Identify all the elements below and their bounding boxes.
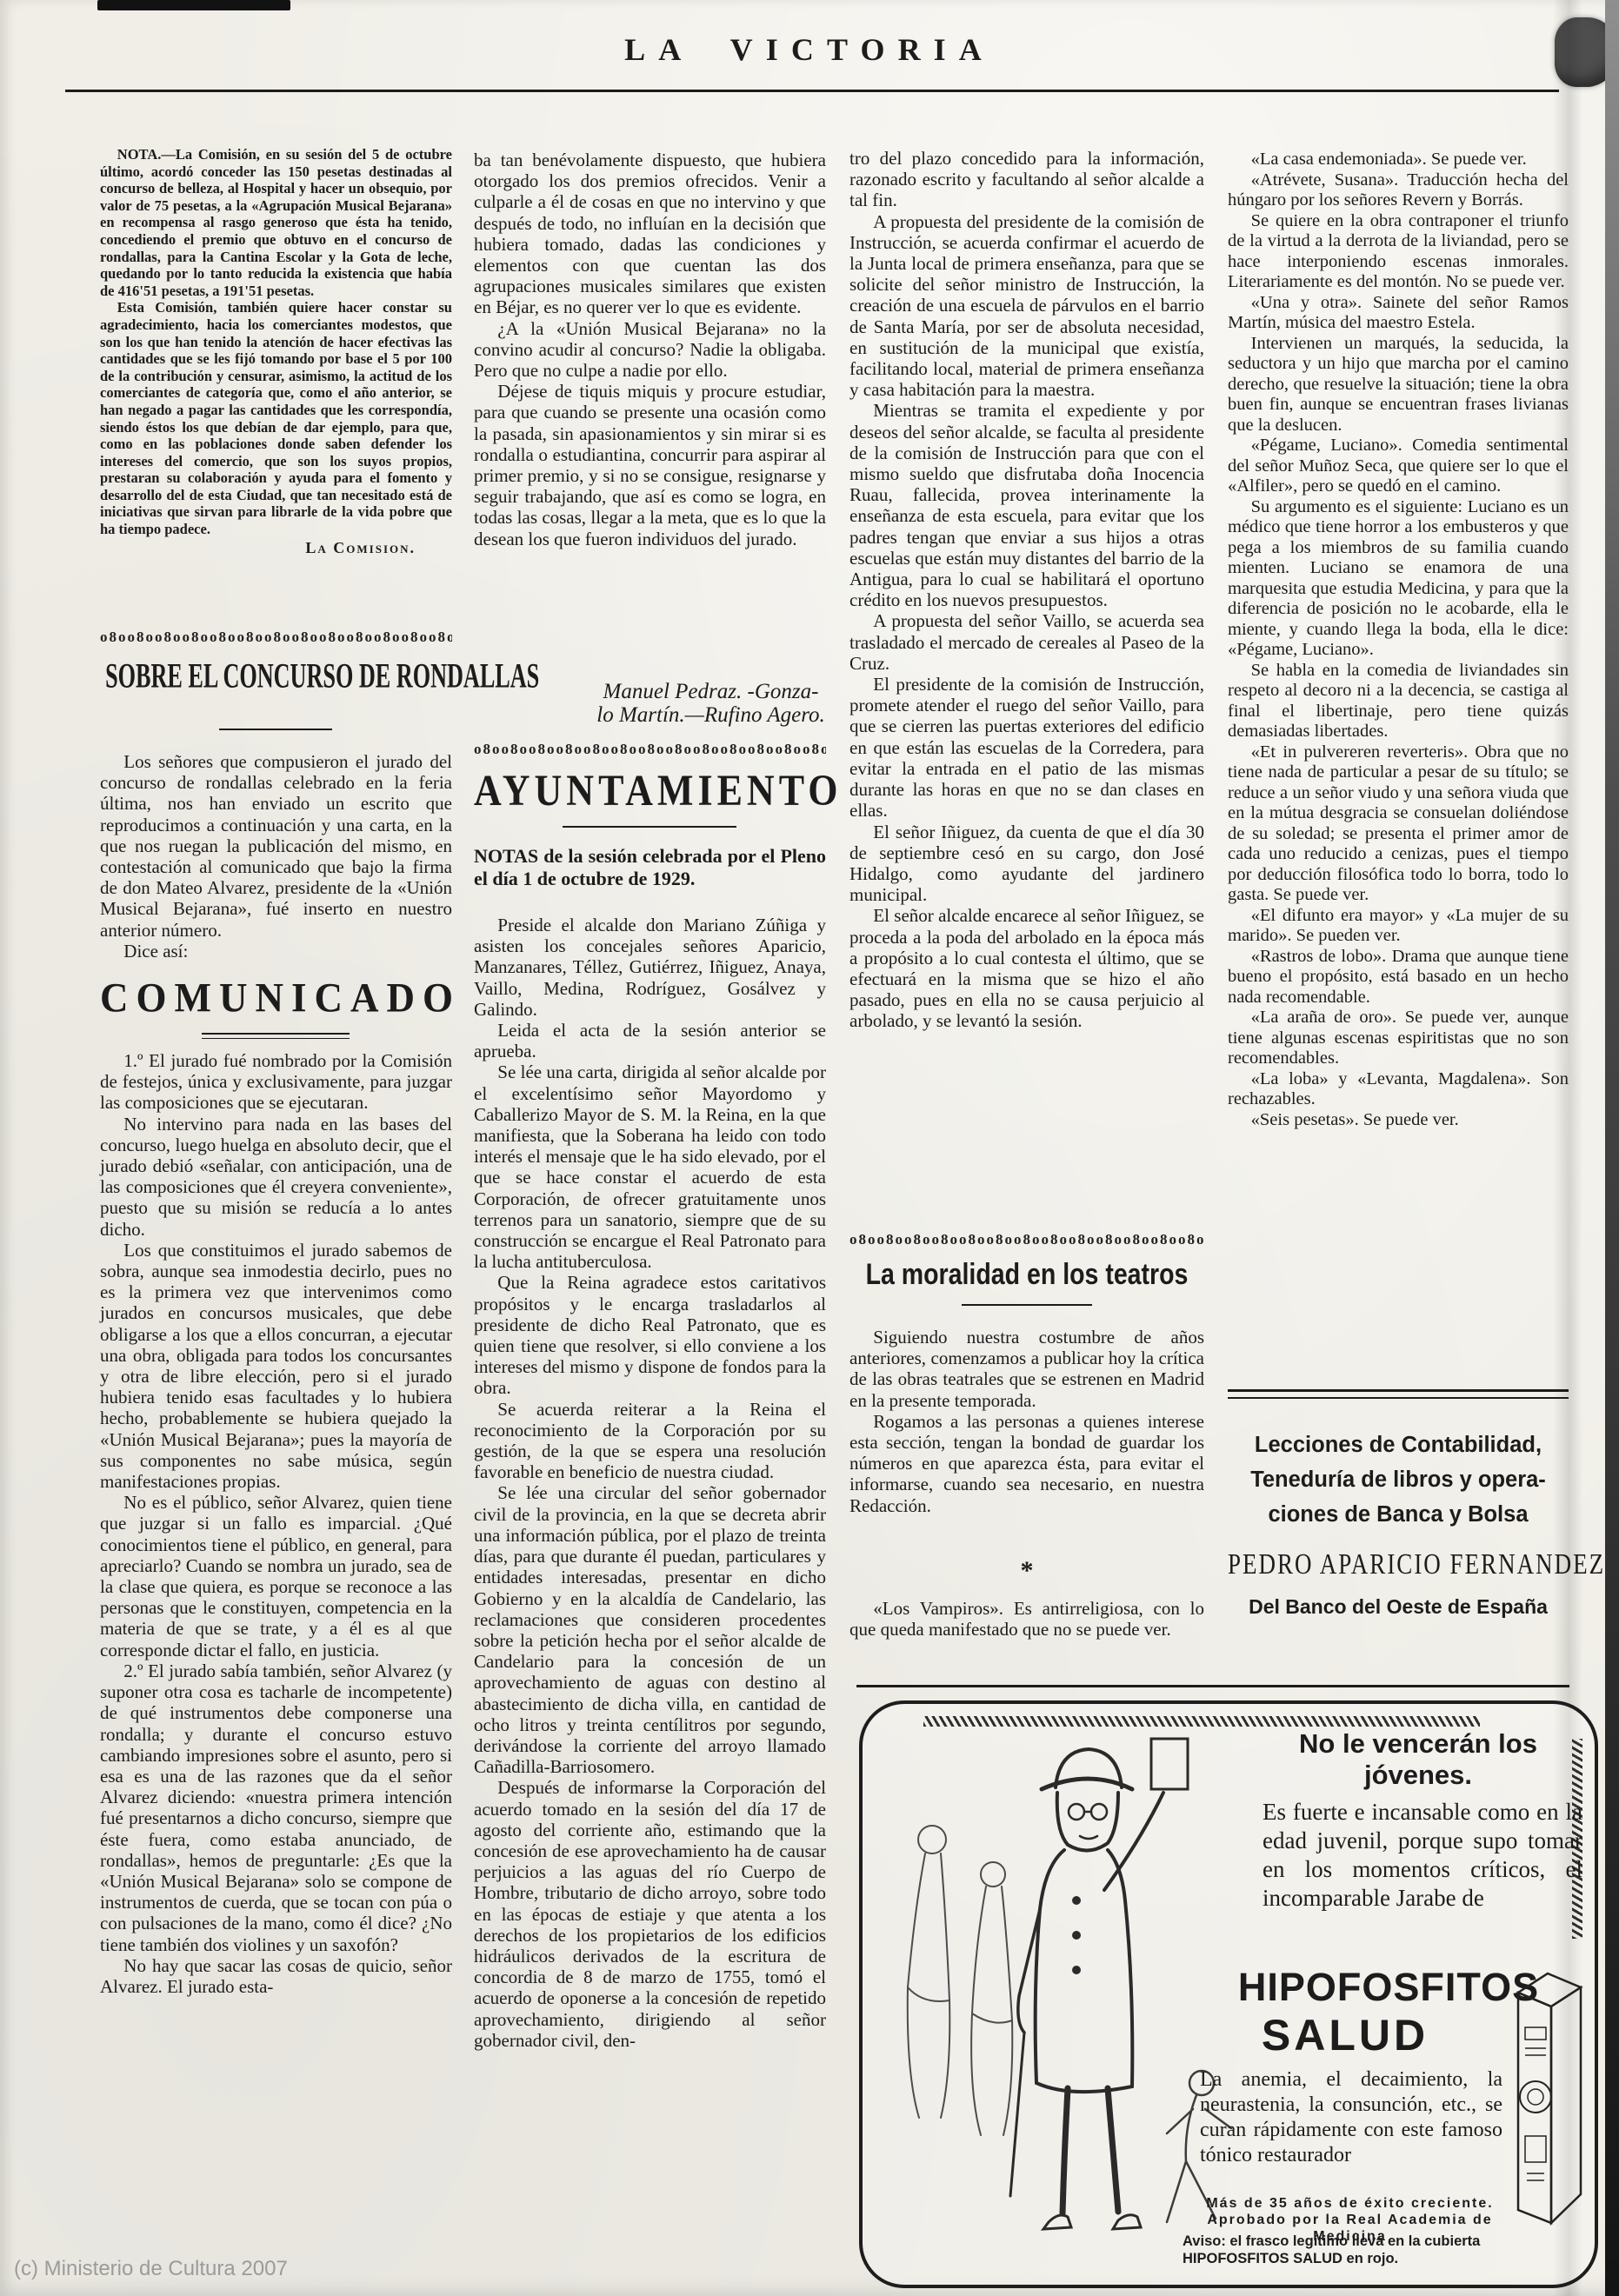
nota-signature: La Comision. <box>100 540 452 557</box>
paragraph: A propuesta del señor Vaillo, se acuerda… <box>849 610 1204 674</box>
paragraph: ¿A la «Unión Musical Bejarana» no la con… <box>474 318 826 382</box>
lecciones-ad: Lecciones de Contabilidad, Teneduría de … <box>1228 1428 1569 1619</box>
paragraph: Los señores que compusieron el jurado de… <box>100 751 452 941</box>
review-item: Intervienen un marqués, la seducida, la … <box>1228 334 1569 436</box>
vampiros-review: «Los Vampiros». Es antirreligiosa, con l… <box>849 1598 1204 1640</box>
paragraph: tro del plazo concedido para la informac… <box>849 148 1204 211</box>
signature-line: lo Martín.—Rufino Agero. <box>535 703 887 727</box>
session-body: Preside el alcalde don Mariano Zúñiga y … <box>474 915 826 2051</box>
rule <box>856 1685 1569 1687</box>
comunicado-body: 1.º El jurado fué nombrado por la Comisi… <box>100 1050 452 1997</box>
rule <box>563 826 736 828</box>
copyright-watermark: (c) Ministerio de Cultura 2007 <box>14 2257 288 2281</box>
paragraph: Se lée una circular del señor gobernador… <box>474 1482 826 1777</box>
paragraph: Mientras se tramita el expediente y por … <box>849 400 1204 610</box>
paragraph: Esta Comisión, también quiere hacer cons… <box>100 299 452 537</box>
review-item: «Seis pesetas». Se puede ver. <box>1228 1110 1569 1131</box>
ad-subtitle: Del Banco del Oeste de España <box>1228 1595 1569 1619</box>
review-item: «Et in pulvereren reverteris». Obra que … <box>1228 742 1569 906</box>
comunicado-signature: Manuel Pedraz. -Gonza- lo Martín.—Rufino… <box>474 680 887 727</box>
ad-note-line: Más de 35 años de éxito creciente. <box>1206 2196 1493 2211</box>
ornament-divider: o8oo8oo8oo8oo8oo8oo8oo8oo8oo8oo8oo8oo8o <box>474 741 826 758</box>
ad-text-line: ciones de Banca y Bolsa <box>1228 1497 1569 1532</box>
theatre-reviews: «La casa endemoniada». Se puede ver. «At… <box>1228 150 1569 1130</box>
paragraph: El presidente de la comisión de Instrucc… <box>849 674 1204 821</box>
paragraph: ba tan benévolamente dispuesto, que hubi… <box>474 150 826 318</box>
section-title-rondallas: SOBRE EL CONCURSO DE RONDALLAS <box>105 656 447 696</box>
paragraph: Siguiendo nuestra costumbre de años ante… <box>849 1327 1204 1411</box>
section-title-comunicado: COMUNICADO <box>100 975 452 1022</box>
paragraph: Rogamos a las personas a quienes interes… <box>849 1411 1204 1516</box>
paragraph: NOTA.—La Comisión, en su sesión del 5 de… <box>100 146 452 299</box>
review-item: «La araña de oro». Se puede ver, aunque … <box>1228 1008 1569 1069</box>
paragraph: Se acuerda reiterar a la Reina el recono… <box>474 1399 826 1483</box>
rondallas-intro: Los señores que compusieron el jurado de… <box>100 751 452 962</box>
session-continuation: tro del plazo concedido para la informac… <box>849 148 1204 1032</box>
scan-artifact-bar <box>97 0 290 10</box>
paragraph: A propuesta del presidente de la comisió… <box>849 211 1204 401</box>
scan-edge-shadow <box>1605 0 1619 2296</box>
moralidad-intro: Siguiendo nuestra costumbre de años ante… <box>849 1327 1204 1516</box>
session-lead: NOTAS de la sesión celebrada por el Plen… <box>474 845 826 890</box>
product-box-illustration <box>1508 1958 1588 2227</box>
review-item: «Una y otra». Sainete del señor Ramos Ma… <box>1228 293 1569 334</box>
ornament-divider: o8oo8oo8oo8oo8oo8oo8oo8oo8oo8oo8oo8oo8o <box>849 1231 1204 1248</box>
asterisk-divider: * <box>849 1558 1204 1584</box>
masthead-title: LA VICTORIA <box>0 31 1619 68</box>
double-rule <box>1228 1389 1569 1399</box>
paragraph: Que la Reina agradece estos caritativos … <box>474 1272 826 1398</box>
ad-body: La anemia, el decaimiento, la neurasteni… <box>1200 2067 1502 2168</box>
paragraph: 1.º El jurado fué nombrado por la Comisi… <box>100 1050 452 1114</box>
comunicado-continuation: ba tan benévolamente dispuesto, que hubi… <box>474 150 826 549</box>
review-item: Su argumento es el siguiente: Luciano es… <box>1228 497 1569 661</box>
masthead-rule <box>65 90 1559 92</box>
review-item: «Pégame, Luciano». Comedia sentimental d… <box>1228 436 1569 497</box>
salud-ad: No le vencerán los jóvenes. Es fuerte e … <box>859 1700 1598 2288</box>
paragraph: Déjese de tiquis miquis y procure estudi… <box>474 381 826 549</box>
ad-text-line: Lecciones de Contabilidad, <box>1228 1428 1569 1462</box>
paragraph: 2.º El jurado sabía también, señor Alvar… <box>100 1660 452 1955</box>
ad-headline: No le vencerán los jóvenes. <box>1278 1728 1558 1791</box>
rule <box>219 729 332 730</box>
ad-brand-line: SALUD <box>1149 2010 1541 2060</box>
review-item: Se quiere en la obra contraponer el triu… <box>1228 211 1569 293</box>
double-rule <box>202 1033 350 1039</box>
ad-text-line: Teneduría de libros y opera- <box>1228 1462 1569 1497</box>
review-item: «La loba» y «Levanta, Magdalena». Son re… <box>1228 1069 1569 1110</box>
newspaper-page: LA VICTORIA NOTA.—La Comisión, en su ses… <box>0 0 1619 2296</box>
section-title-moralidad: La moralidad en los teatros <box>863 1257 1189 1292</box>
rule <box>962 1304 1092 1306</box>
paragraph: Los que constituimos el jurado sabemos d… <box>100 1240 452 1492</box>
paragraph: No es el público, señor Alvarez, quien t… <box>100 1492 452 1660</box>
signature-line: Manuel Pedraz. -Gonza- <box>535 680 887 703</box>
ad-body: Es fuerte e incansable como en la edad j… <box>1263 1798 1582 1913</box>
section-title-ayuntamiento: AYUNTAMIENTO <box>474 765 826 816</box>
paragraph: Se lée una carta, dirigida al señor alca… <box>474 1061 826 1272</box>
review-item: «Atrévete, Susana». Traducción hecha del… <box>1228 170 1569 211</box>
paragraph: Después de informarse la Corporación del… <box>474 1777 826 2051</box>
review-item: «Rastros de lobo». Drama que aunque tien… <box>1228 947 1569 1008</box>
paragraph: No hay que sacar las cosas de quicio, se… <box>100 1955 452 1997</box>
ad-person-name: PEDRO APARICIO FERNANDEZ <box>1228 1547 1569 1581</box>
paragraph: «Los Vampiros». Es antirreligiosa, con l… <box>849 1598 1204 1640</box>
ad-warning: Aviso: el frasco legítimo lleva en la cu… <box>1183 2233 1522 2267</box>
review-item: Se habla en la comedia de liviandades si… <box>1228 661 1569 742</box>
paragraph: Dice así: <box>100 941 452 962</box>
review-item: «La casa endemoniada». Se puede ver. <box>1228 150 1569 170</box>
paragraph: El señor Iñiguez, da cuenta de que el dí… <box>849 822 1204 906</box>
review-item: «El difunto era mayor» y «La mujer de su… <box>1228 906 1569 947</box>
nota-block: NOTA.—La Comisión, en su sesión del 5 de… <box>100 146 452 556</box>
ornament-divider: o8oo8oo8oo8oo8oo8oo8oo8oo8oo8oo8oo8oo8o <box>100 629 452 646</box>
paragraph: No intervino para nada en las bases del … <box>100 1114 452 1240</box>
paragraph: Leida el acta de la sesión anterior se a… <box>474 1020 826 1061</box>
paragraph: Preside el alcalde don Mariano Zúñiga y … <box>474 915 826 1020</box>
paragraph: El señor alcalde encarece al señor Iñigu… <box>849 905 1204 1031</box>
